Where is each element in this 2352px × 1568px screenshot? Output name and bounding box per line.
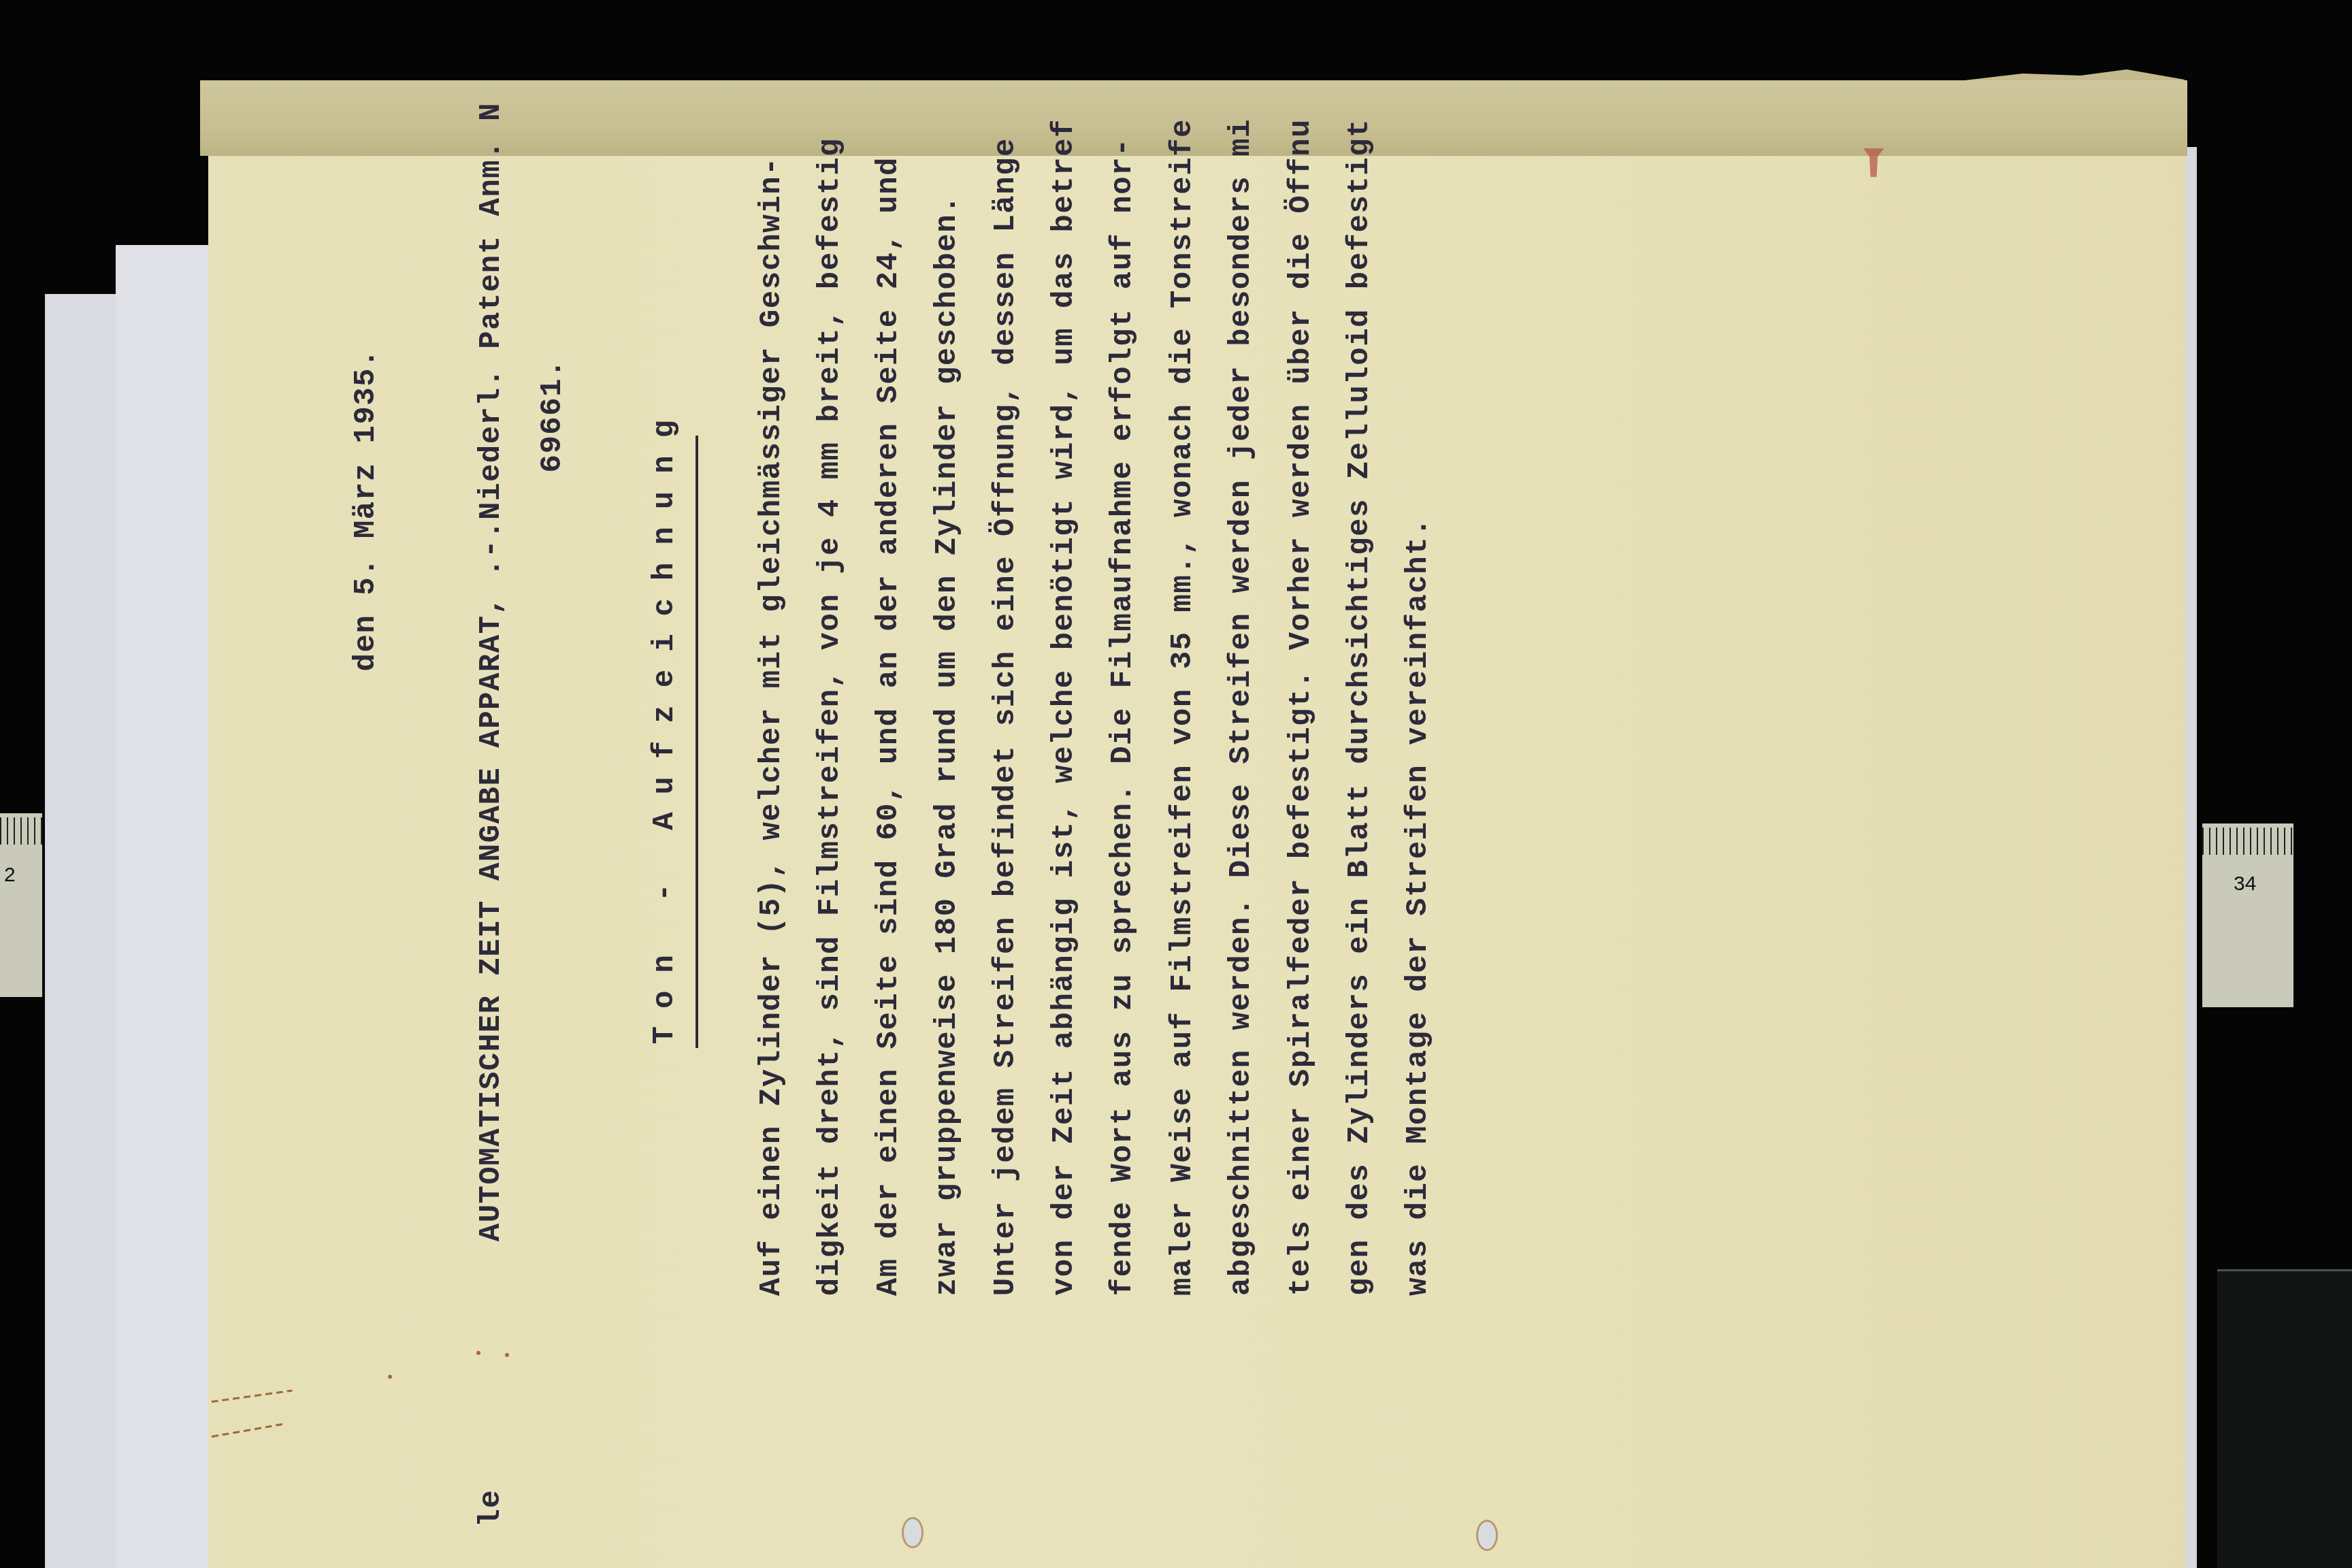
scale-ruler-left: 2 <box>0 813 42 997</box>
white-backing-sheet-outer <box>45 294 117 1568</box>
rust-spot <box>476 1351 480 1355</box>
body-line: abgeschnitten werden. Diese Streifen wer… <box>1226 118 1256 1296</box>
body-line: Auf einen Zylinder (5), welcher mit glei… <box>757 157 787 1296</box>
body-line: gen des Zylinders ein Blatt durchsichtig… <box>1345 118 1375 1296</box>
scale-ruler-right: 34 <box>2202 823 2293 1007</box>
body-line: von der Zeit abhängig ist, welche benöti… <box>1049 118 1079 1296</box>
heading-underline <box>696 436 698 1048</box>
white-backing-sheet-right-edge <box>2185 147 2197 1568</box>
rust-spot <box>505 1353 509 1357</box>
punched-hole <box>904 1519 921 1546</box>
body-line: tels einer Spiralfeder befestigt. Vorher… <box>1286 118 1316 1296</box>
body-line: fende Wort aus zu sprechen. Die Filmaufn… <box>1108 137 1138 1296</box>
body-line: digkeit dreht, sind Filmstreifen, von je… <box>815 137 845 1296</box>
white-backing-sheet-inner <box>116 245 210 1568</box>
body-line: Am der einen Seite sind 60, und an der a… <box>874 157 904 1296</box>
body-line: was die Montage der Streifen vereinfacht… <box>1403 517 1433 1296</box>
ruler-ticks <box>0 817 42 845</box>
ruler-label-left: 2 <box>4 864 16 887</box>
margin-note: le <box>476 1489 506 1527</box>
date-line: den 5. März 1935. <box>351 348 381 671</box>
patent-number: 69661. <box>538 359 568 472</box>
document-title: AUTOMATISCHER ZEIT ANGABE APPARAT, .-.Ni… <box>476 102 506 1241</box>
black-archive-box <box>2217 1269 2352 1568</box>
punched-hole <box>1478 1522 1496 1549</box>
body-line: zwar gruppenweise 180 Grad rund um den Z… <box>932 195 962 1296</box>
ruler-ticks <box>2202 828 2293 855</box>
ruler-label-right: 34 <box>2234 872 2256 896</box>
body-line: Unter jedem Streifen befindet sich eine … <box>991 137 1021 1296</box>
body-line: maler Weise auf Filmstreifen von 35 mm.,… <box>1168 118 1198 1296</box>
rust-spot <box>388 1375 392 1379</box>
section-heading: Ton - Aufzeichnung <box>650 402 680 1044</box>
